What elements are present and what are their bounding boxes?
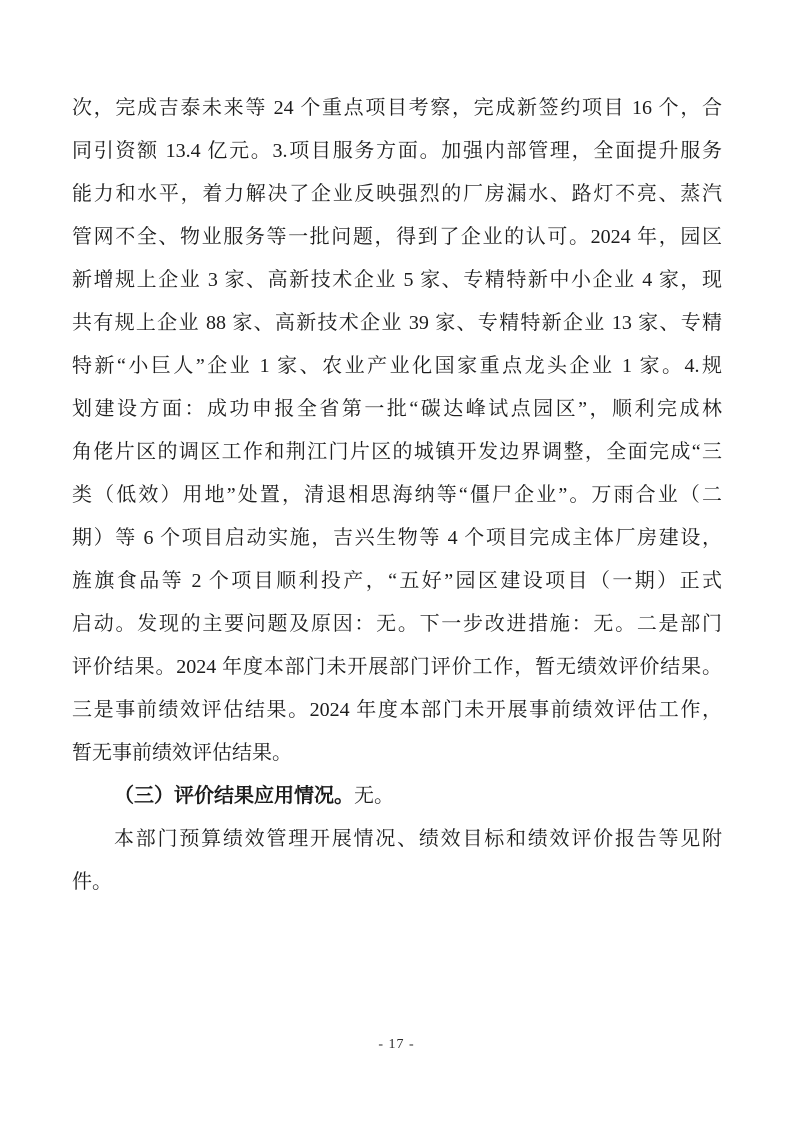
section-heading: （三）评价结果应用情况。无。 [72,775,722,818]
body-line: 件。 [72,861,722,904]
body-line: 三是事前绩效评估结果。2024 年度本部门未开展事前绩效评估工作， [72,689,722,732]
body-line: 旌旗食品等 2 个项目顺利投产，“五好”园区建设项目（一期）正式 [72,560,722,603]
body-line: 特新“小巨人”企业 1 家、农业产业化国家重点龙头企业 1 家。4.规 [72,345,722,388]
body-line: 次，完成吉泰未来等 24 个重点项目考察，完成新签约项目 16 个，合 [72,87,722,130]
body-line: 角佬片区的调区工作和荆江门片区的城镇开发边界调整，全面完成“三 [72,431,722,474]
body-line: 期）等 6 个项目启动实施，吉兴生物等 4 个项目完成主体厂房建设， [72,517,722,560]
body-line: 暂无事前绩效评估结果。 [72,732,722,775]
body-line: 评价结果。2024 年度本部门未开展部门评价工作，暂无绩效评价结果。 [72,646,722,689]
document-page: 次，完成吉泰未来等 24 个重点项目考察，完成新签约项目 16 个，合 同引资额… [0,0,793,1122]
body-line: 划建设方面：成功申报全省第一批“碳达峰试点园区”，顺利完成林 [72,388,722,431]
body-line: 共有规上企业 88 家、高新技术企业 39 家、专精特新企业 13 家、专精 [72,302,722,345]
page-number: - 17 - [0,1031,793,1059]
section-heading-tail: 无。 [354,785,394,807]
body-line: 启动。发现的主要问题及原因：无。下一步改进措施：无。二是部门 [72,603,722,646]
body-line: 管网不全、物业服务等一批问题，得到了企业的认可。2024 年，园区 [72,216,722,259]
body-line: 能力和水平，着力解决了企业反映强烈的厂房漏水、路灯不亮、蒸汽 [72,173,722,216]
body-line: 新增规上企业 3 家、高新技术企业 5 家、专精特新中小企业 4 家，现 [72,259,722,302]
body-line: 同引资额 13.4 亿元。3.项目服务方面。加强内部管理，全面提升服务 [72,130,722,173]
body-line: 类（低效）用地”处置，清退相思海纳等“僵尸企业”。万雨合业（二 [72,474,722,517]
body-text: 次，完成吉泰未来等 24 个重点项目考察，完成新签约项目 16 个，合 同引资额… [72,87,722,904]
section-heading-title: （三）评价结果应用情况。 [114,785,354,807]
body-line: 本部门预算绩效管理开展情况、绩效目标和绩效评价报告等见附 [72,818,722,861]
